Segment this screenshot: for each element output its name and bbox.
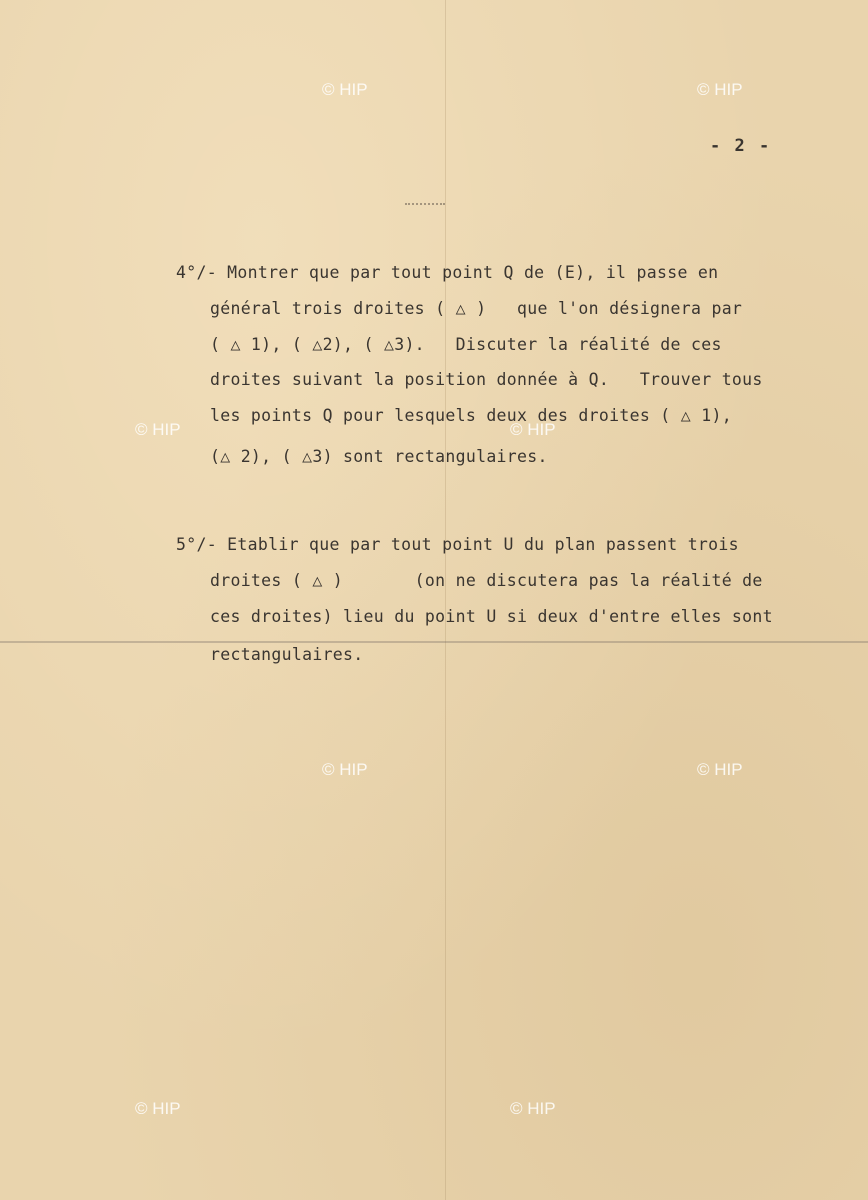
watermark: © HIP [322,80,368,100]
watermark: © HIP [697,760,743,780]
watermark: © HIP [135,420,181,440]
text-line: ( △ 1), ( △2), ( △3). Discuter la réalit… [210,335,722,354]
text-line: les points Q pour lesquels deux des droi… [210,406,732,425]
text-line: 5°/- Etablir que par tout point U du pla… [176,535,739,554]
watermark: © HIP [322,760,368,780]
dotted-mark [405,203,445,207]
text-line: droites suivant la position donnée à Q. … [210,370,763,389]
text-line: rectangulaires. [210,645,364,664]
page-number: - 2 - [710,136,771,156]
paper-fold-vertical [445,0,446,1200]
paper-fold-horizontal [0,641,868,643]
watermark: © HIP [135,1099,181,1119]
text-line: (△ 2), ( △3) sont rectangulaires. [210,447,548,466]
text-line: 4°/- Montrer que par tout point Q de (E)… [176,263,718,282]
text-line: droites ( △ ) (on ne discutera pas la ré… [210,571,763,590]
text-line: ces droites) lieu du point U si deux d'e… [210,607,773,626]
watermark: © HIP [510,1099,556,1119]
watermark: © HIP [697,80,743,100]
text-line: général trois droites ( △ ) que l'on dés… [210,299,742,318]
